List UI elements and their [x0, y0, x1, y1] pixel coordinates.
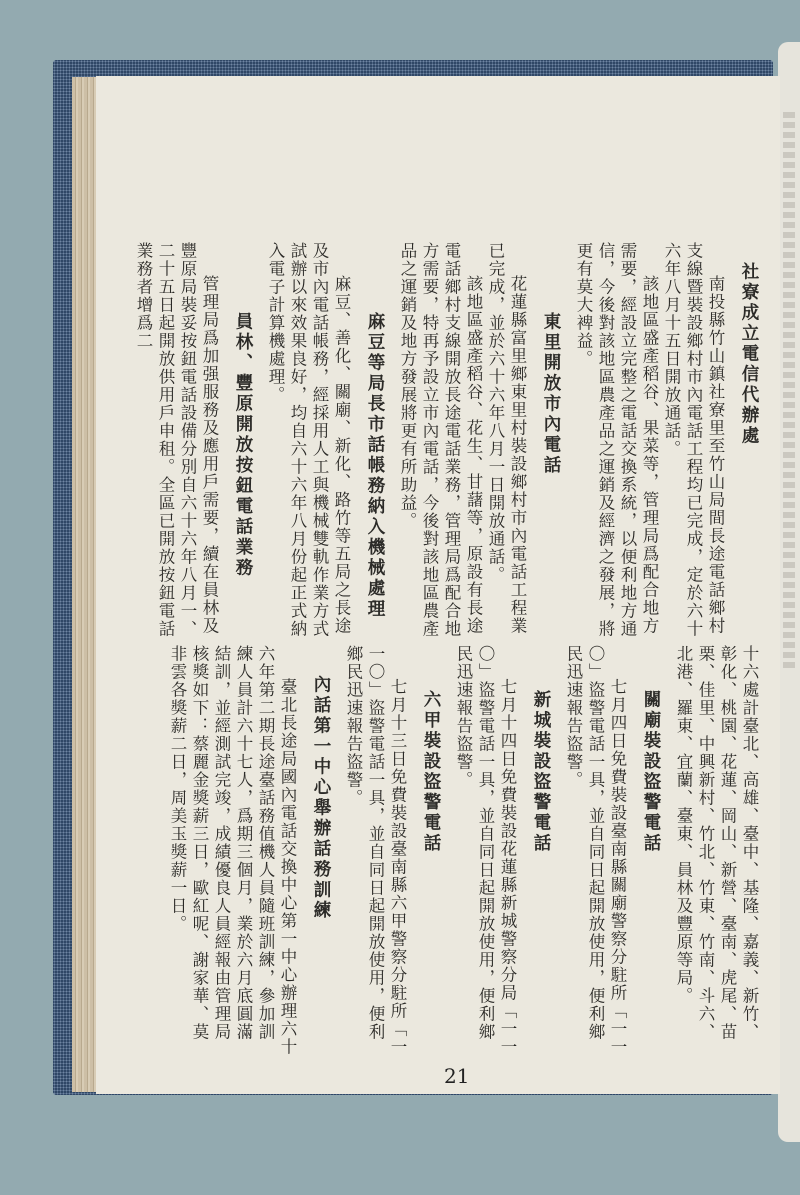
paragraph: 七月十三日免費裝設臺南縣六甲警察分駐所「一一〇」盜警電話一具，並自同日起開放使用… — [342, 645, 408, 1057]
show-through-text — [783, 112, 795, 672]
paragraph: 臺北長途局國內電話交換中心第一中心辦理六十六年第二期長途臺話務值機人員隨班訓練，… — [166, 645, 298, 1057]
paragraph: 南投縣竹山鎮社寮里至竹山局間長途電話鄉村支線暨裝設鄉村市內電話工程均已完成，定於… — [660, 242, 726, 652]
bottom-text-block: 十六處計臺北、高雄、臺中、基隆、嘉義、新竹、彰化、桃園、花蓮、岡山、新營、臺南、… — [166, 645, 760, 1057]
heading-xincheng: 新城裝設盜警電話 — [530, 645, 552, 1057]
page-number: 21 — [444, 1064, 469, 1088]
heading-guanmiao: 關廟裝設盜警電話 — [640, 645, 662, 1057]
heading-dongli: 東里開放市內電話 — [540, 242, 562, 652]
page-edges — [72, 77, 98, 1092]
paragraph: 該地區盛產稻谷、果菜等，管理局爲配合地方需要，經設立完整之電話交換系統，以便利地… — [572, 242, 660, 652]
paragraph: 麻豆、善化、關廟、新化、路竹等五局之長途及市內電話帳務，經採用人工與機械雙軌作業… — [264, 242, 352, 652]
paragraph: 七月四日免費裝設臺南縣關廟警察分駐所「一一〇」盜警電話一具，並自同日起開放使用，… — [562, 645, 628, 1057]
paragraph: 七月十四日免費裝設花蓮縣新城警察分局「一一〇」盜警電話一具，並自同日起開放使用，… — [452, 645, 518, 1057]
heading-liujia: 六甲裝設盜警電話 — [420, 645, 442, 1057]
paragraph-continuation: 十六處計臺北、高雄、臺中、基隆、嘉義、新竹、彰化、桃園、花蓮、岡山、新營、臺南、… — [672, 645, 760, 1057]
paragraph: 花蓮縣富里鄉東里村裝設鄉村市內電話工程業已完成，並於六十六年八月一日開放通話。 — [484, 242, 528, 652]
heading-yuanlin: 員林、豐原開放按鈕電話業務 — [232, 242, 254, 652]
top-text-block: 社寮成立電信代辦處 南投縣竹山鎮社寮里至竹山局間長途電話鄉村支線暨裝設鄉村市內電… — [132, 242, 770, 652]
heading-madou: 麻豆等局長市話帳務納入機械處理 — [364, 242, 386, 652]
heading-sheliao: 社寮成立電信代辦處 — [738, 242, 760, 652]
paragraph: 管理局爲加强服務及應用戶需要，續在員林及豐原局裝妥按鈕電話設備分別自六十六年八月… — [132, 242, 220, 652]
heading-training: 內話第一中心舉辦話務訓練 — [310, 645, 332, 1057]
next-page-edge — [778, 42, 800, 1142]
paragraph: 該地區盛產稻谷、花生、甘藷等，原設有長途電話鄉村支線開放長途電話業務，管理局爲配… — [396, 242, 484, 652]
